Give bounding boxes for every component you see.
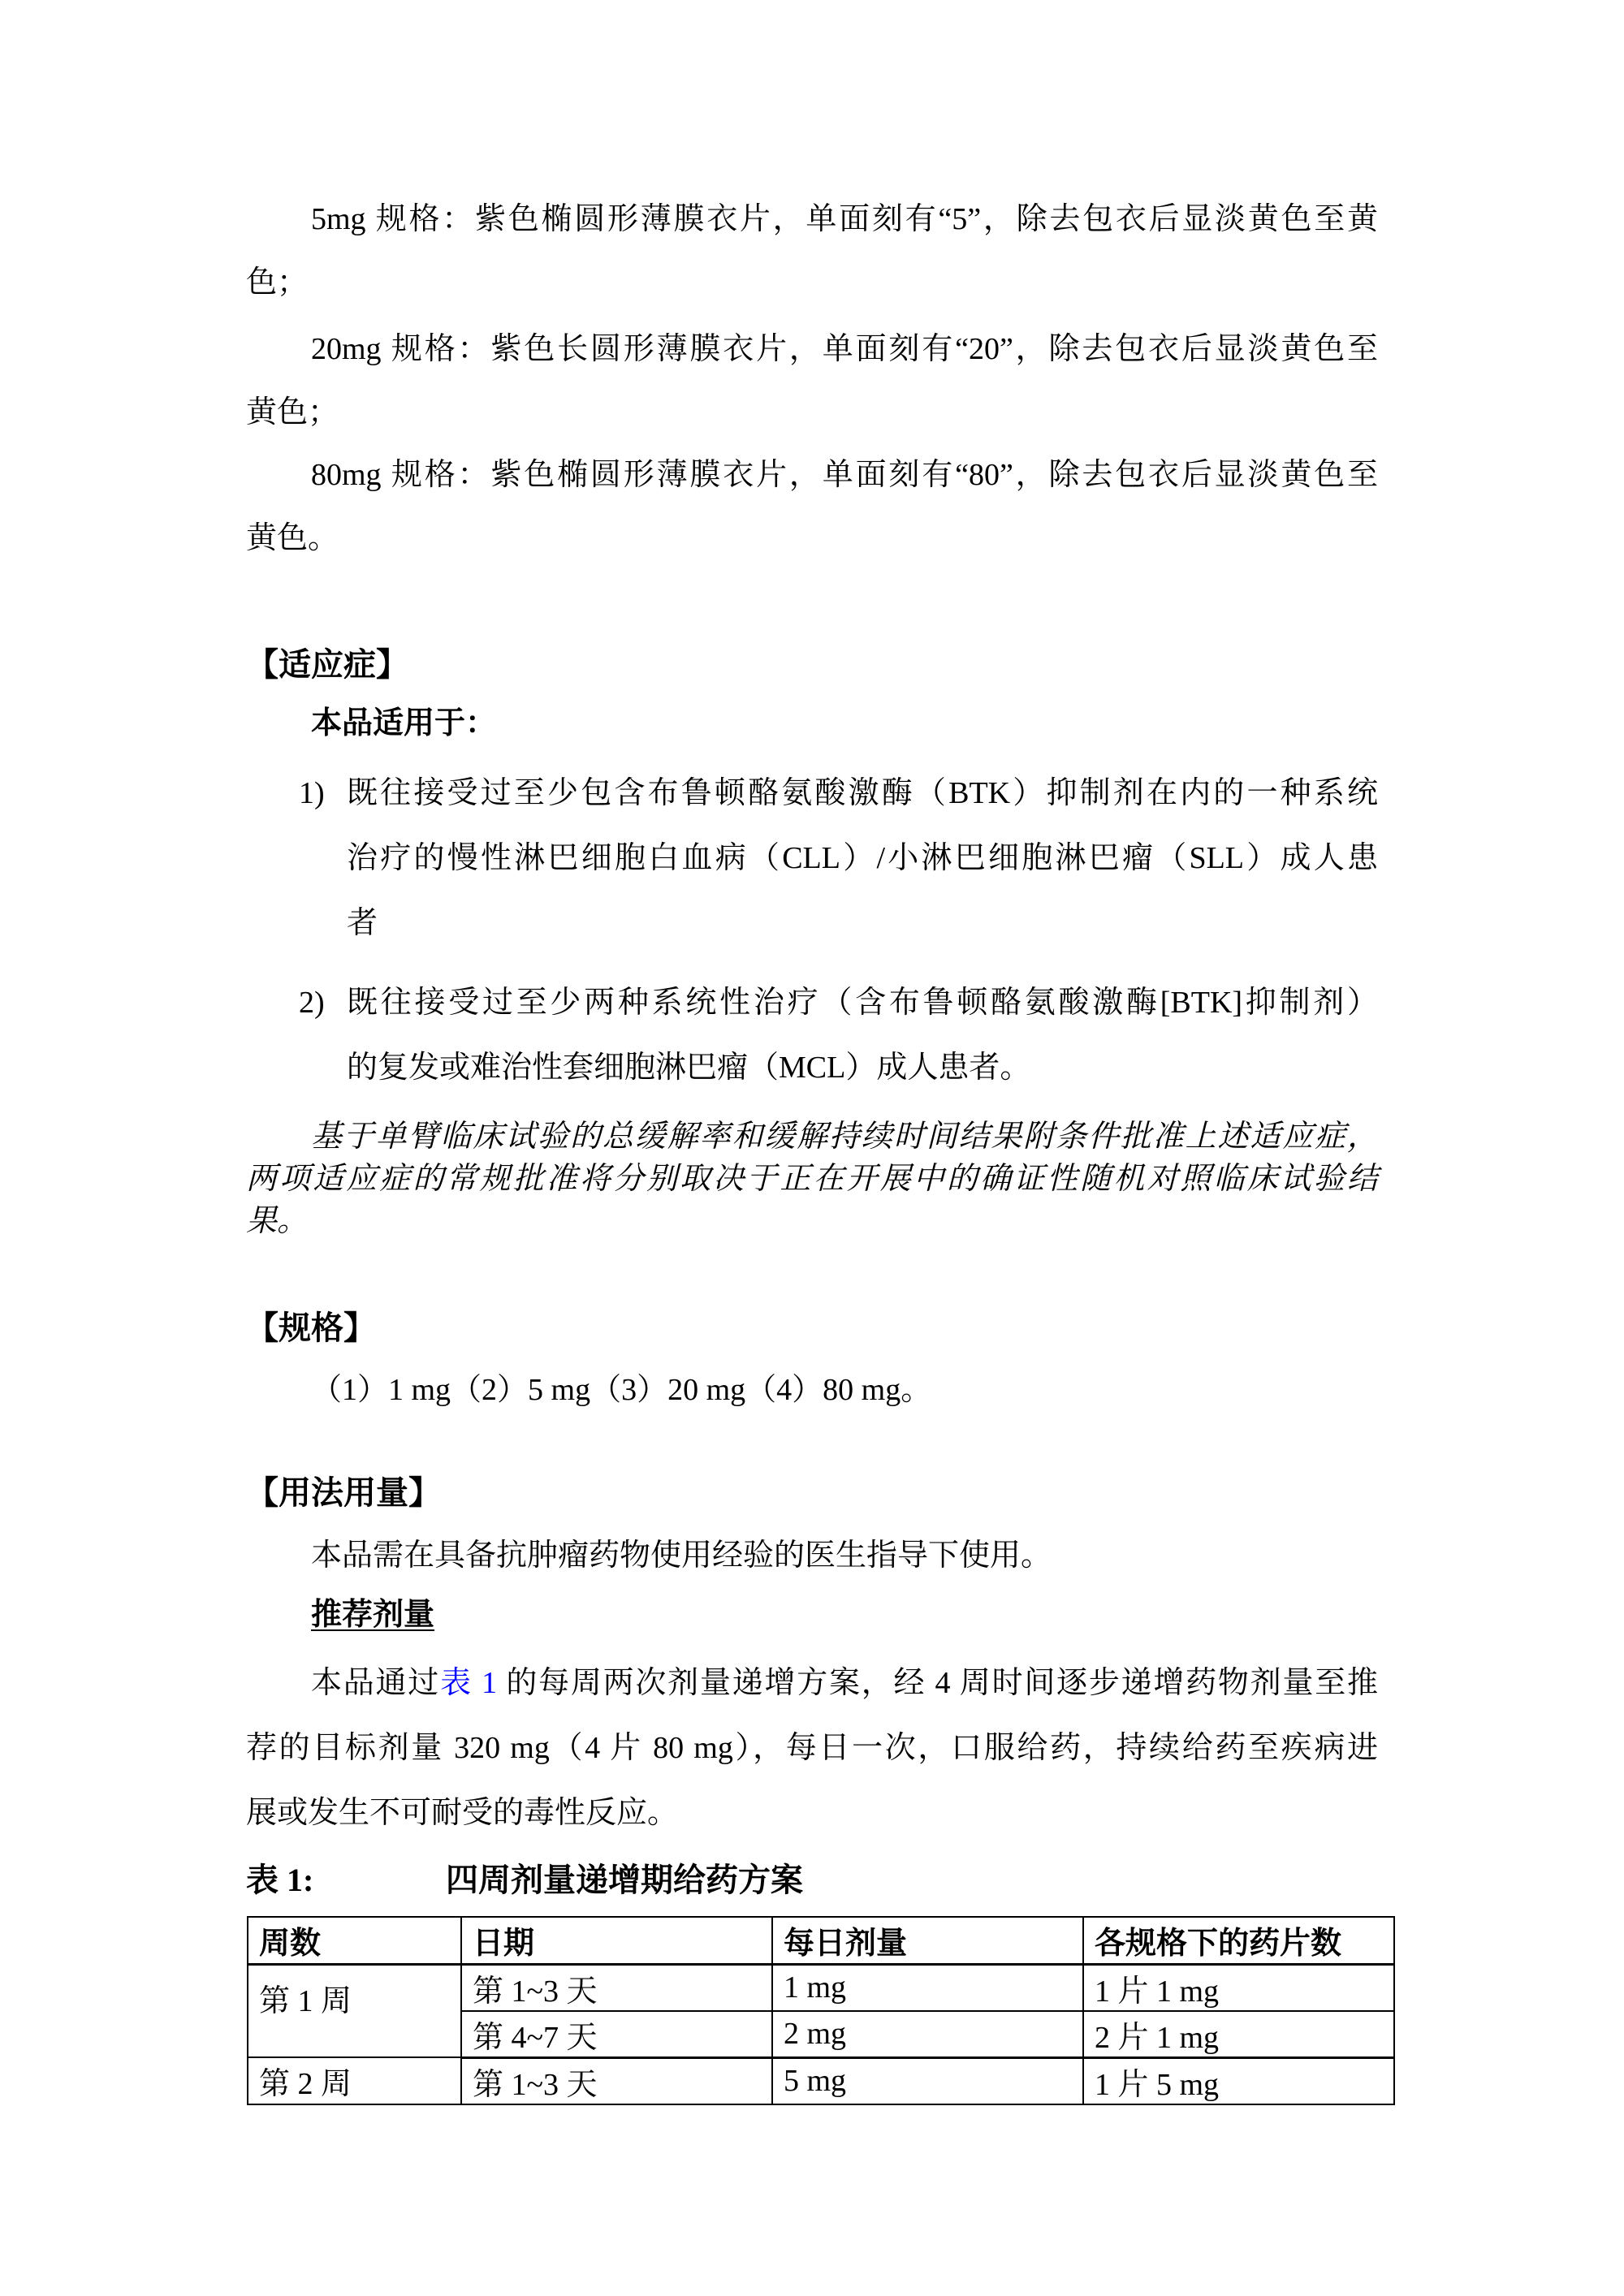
cell-tablets: 1 片 5 mg [1083,2057,1394,2104]
cell-tablets: 2 片 1 mg [1083,2011,1394,2058]
cell-daily-dose: 1 mg [772,1964,1083,2011]
paragraph-line: 既往接受过至少两种系统性治疗（含布鲁顿酪氨酸激酶[BTK]抑制剂） [347,970,1378,1035]
table-header-days: 日期 [461,1917,772,1964]
dose-escalation-table: 周数 日期 每日剂量 各规格下的药片数 第 1 周 第 1~3 天 1 mg 1… [247,1916,1395,2105]
text-before-link: 本品通过 [311,1666,440,1700]
conditional-approval-note: 基于单臂临床试验的总缓解率和缓解持续时间结果附条件批准上述适应症， 两项适应症的… [246,1116,1378,1242]
paragraph-line: 的复发或难治性套细胞淋巴瘤（MCL）成人患者。 [347,1035,1378,1100]
paragraph-line: 治疗的慢性淋巴细胞白血病（CLL）/小淋巴细胞淋巴瘤（SLL）成人患 [347,826,1378,891]
section-heading-dosage: 【用法用量】 [246,1474,441,1513]
cell-days: 第 1~3 天 [461,1964,772,2011]
dose-escalation-paragraph: 本品通过表 1 的每周两次剂量递增方案，经 4 周时间逐步递增药物剂量至推 荐的… [246,1651,1378,1845]
list-item-number: 2) [299,970,325,1035]
paragraph-line: 两项适应症的常规批准将分别取决于正在开展中的确证性随机对照临床试验结 [246,1158,1378,1200]
paragraph-line: 黄色。 [246,507,1378,570]
cell-week-2: 第 2 周 [248,2057,461,2104]
table1-caption-title: 四周剂量递增期给药方案 [446,1862,803,1898]
cell-tablets: 1 片 1 mg [1083,1964,1394,2011]
paragraph-line: 20mg 规格：紫色长圆形薄膜衣片，单面刻有“20”，除去包衣后显淡黄色至 [246,317,1378,381]
table1-caption: 表 1:四周剂量递增期给药方案 [246,1860,803,1901]
list-item-text: 既往接受过至少两种系统性治疗（含布鲁顿酪氨酸激酶[BTK]抑制剂） 的复发或难治… [347,970,1378,1100]
indication-item-2: 2) 既往接受过至少两种系统性治疗（含布鲁顿酪氨酸激酶[BTK]抑制剂） 的复发… [299,970,1378,1100]
cell-daily-dose: 2 mg [772,2011,1083,2058]
document-page: 5mg 规格：紫色椭圆形薄膜衣片，单面刻有“5”，除去包衣后显淡黄色至黄 色； … [0,0,1624,2296]
table-header-row: 周数 日期 每日剂量 各规格下的药片数 [248,1917,1394,1964]
table-header-daily-dose: 每日剂量 [772,1917,1083,1964]
dosage-supervision-note: 本品需在具备抗肿瘤药物使用经验的医生指导下使用。 [311,1536,1052,1575]
cell-week-1: 第 1 周 [248,1964,461,2057]
cell-days: 第 1~3 天 [461,2057,772,2104]
paragraph-5mg-description: 5mg 规格：紫色椭圆形薄膜衣片，单面刻有“5”，除去包衣后显淡黄色至黄 色； [246,188,1378,314]
paragraph-line: 5mg 规格：紫色椭圆形薄膜衣片，单面刻有“5”，除去包衣后显淡黄色至黄 [246,188,1378,251]
table-header-week: 周数 [248,1917,461,1964]
section-heading-strength: 【规格】 [246,1309,376,1348]
section-heading-indications: 【适应症】 [246,645,408,684]
paragraph-20mg-description: 20mg 规格：紫色长圆形薄膜衣片，单面刻有“20”，除去包衣后显淡黄色至 黄色… [246,317,1378,444]
indication-item-1: 1) 既往接受过至少包含布鲁顿酪氨酸激酶（BTK）抑制剂在内的一种系统 治疗的慢… [299,761,1378,956]
paragraph-line: 荐的目标剂量 320 mg（4 片 80 mg），每日一次，口服给药，持续给药至… [246,1716,1378,1780]
indications-intro: 本品适用于： [311,704,496,743]
paragraph-line: 既往接受过至少包含布鲁顿酪氨酸激酶（BTK）抑制剂在内的一种系统 [347,761,1378,826]
list-item-text: 既往接受过至少包含布鲁顿酪氨酸激酶（BTK）抑制剂在内的一种系统 治疗的慢性淋巴… [347,761,1378,956]
paragraph-line: 展或发生不可耐受的毒性反应。 [246,1780,1378,1845]
paragraph-80mg-description: 80mg 规格：紫色椭圆形薄膜衣片，单面刻有“80”，除去包衣后显淡黄色至 黄色… [246,443,1378,570]
cell-daily-dose: 5 mg [772,2057,1083,2104]
paragraph-line: 果。 [246,1200,1378,1242]
table-row: 第 2 周 第 1~3 天 5 mg 1 片 5 mg [248,2057,1394,2104]
paragraph-line: 黄色； [246,381,1378,444]
table-row: 第 1 周 第 1~3 天 1 mg 1 片 1 mg [248,1964,1394,2011]
paragraph-line: 色； [246,251,1378,314]
text-after-link: 的每周两次剂量递增方案，经 4 周时间逐步递增药物剂量至推 [497,1666,1378,1700]
paragraph-line: 基于单臂临床试验的总缓解率和缓解持续时间结果附条件批准上述适应症， [246,1116,1378,1158]
table-header-tablets: 各规格下的药片数 [1083,1917,1394,1964]
list-item-number: 1) [299,761,325,826]
cell-days: 第 4~7 天 [461,2011,772,2058]
paragraph-line: 80mg 规格：紫色椭圆形薄膜衣片，单面刻有“80”，除去包衣后显淡黄色至 [246,443,1378,507]
table1-caption-label: 表 1: [246,1860,446,1901]
strength-values: （1）1 mg（2）5 mg（3）20 mg（4）80 mg。 [311,1370,931,1409]
paragraph-line: 者 [347,891,1378,956]
paragraph-line: 本品通过表 1 的每周两次剂量递增方案，经 4 周时间逐步递增药物剂量至推 [246,1651,1378,1716]
table1-reference-link[interactable]: 表 1 [440,1666,497,1700]
dosage-subheading-recommended-dose: 推荐剂量 [311,1595,434,1634]
